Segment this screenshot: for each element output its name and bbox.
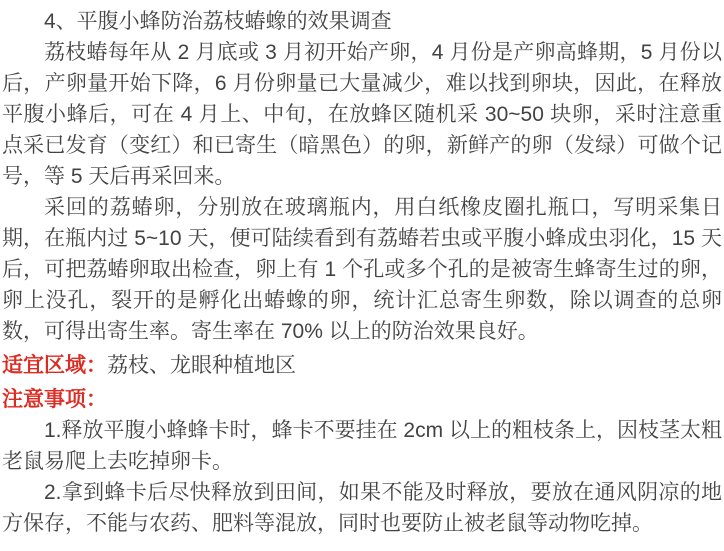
paragraph-parasitism-survey: 采回的荔蝽卵，分别放在玻璃瓶内，用白纸橡皮圈扎瓶口，写明采集日期，在瓶内过 5~…: [2, 192, 722, 347]
note-item-1: 1.释放平腹小蜂蜂卡时，蜂卡不要挂在 2cm 以上的粗枝条上，因枝茎太粗老鼠易爬…: [2, 415, 722, 477]
paragraph-egg-collection: 荔枝蝽每年从 2 月底或 3 月初开始产卵，4 月份是产卵高蜂期，5 月份以后，…: [2, 37, 722, 192]
suitable-region-text: 荔枝、龙眼种植地区: [107, 354, 296, 377]
document-page: 4、平腹小蜂防治荔枝蝽蟓的效果调查 荔枝蝽每年从 2 月底或 3 月初开始产卵，…: [0, 0, 724, 551]
note-item-2: 2.拿到蜂卡后尽快释放到田间，如果不能及时释放，要放在通风阴凉的地方保存，不能与…: [2, 477, 722, 539]
page-title: 4、平腹小蜂防治荔枝蝽蟓的效果调查: [2, 6, 722, 37]
notes-heading-line: 注意事项：: [2, 384, 722, 415]
suitable-region-label: 适宜区域：: [2, 354, 107, 377]
notes-heading-label: 注意事项：: [2, 388, 107, 411]
suitable-region-line: 适宜区域：荔枝、龙眼种植地区: [2, 350, 722, 381]
